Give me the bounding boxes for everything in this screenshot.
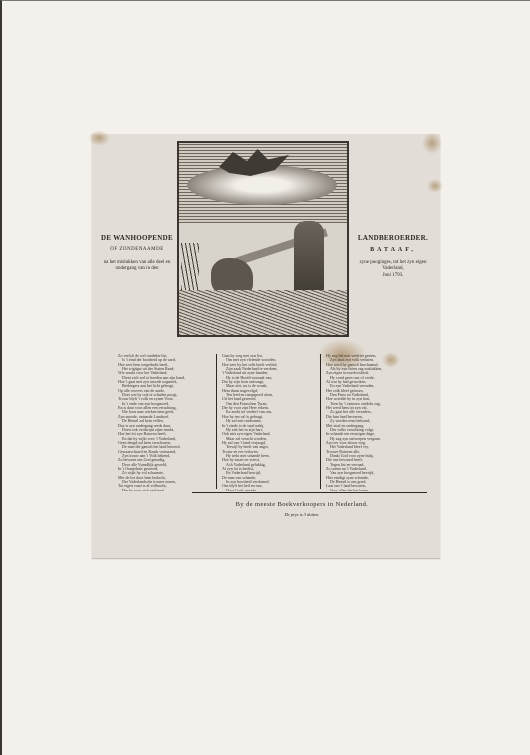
verse-column-2: Gaat hy weg met zyn list,Om met zyn vlei… [222, 354, 314, 491]
verse-column-1: Zo verloft de wel ontdekte list,Is 't ei… [118, 354, 210, 491]
broadside-sheet: DE WANHOOPENDE OF ZONDENAAMDE na het mis… [92, 134, 440, 558]
title-right-spaced: BATAAF, [350, 246, 436, 254]
museum-mount: DE WANHOOPENDE OF ZONDENAAMDE na het mis… [0, 0, 530, 755]
title-left-block: DE WANHOOPENDE OF ZONDENAAMDE na het mis… [98, 234, 176, 272]
column-rule-1 [216, 354, 217, 489]
verse-line: Door Gods genade, [222, 489, 314, 491]
verse-line: Voor allen die het haten, [326, 489, 418, 491]
title-right-main: LANDBEROERDER. [350, 234, 436, 242]
verse-columns: Zo verloft de wel ontdekte list,Is 't ei… [114, 354, 424, 491]
engraving-ground [179, 290, 347, 335]
verse-column-3: Hy zag het met verdriet gezien,Zyn land … [326, 354, 418, 491]
publisher-line: By de meeste Boekverkoopers in Nederland… [202, 501, 402, 508]
verse-line: Die hy voor zich verlangd, [118, 489, 210, 491]
column-rule-2 [320, 354, 321, 489]
title-right-block: LANDBEROERDER. BATAAF, zyne pooginges, t… [350, 234, 436, 279]
title-left-sub: OF ZONDENAAMDE [98, 246, 176, 254]
title-right-date: Juni 1793. [350, 273, 436, 279]
engraving-illustration [177, 141, 349, 337]
title-left-main: DE WANHOOPENDE [98, 234, 176, 242]
price-line: De prys is 3 duiten. [202, 512, 402, 517]
title-left-small: na het mislukken van alle deel en onderg… [98, 260, 176, 272]
stain-top-right [422, 132, 442, 154]
standing-man-figure [294, 221, 324, 296]
footer-rule [192, 492, 427, 493]
stain-upper-right [427, 179, 443, 193]
title-right-small: zyne pooginges, tot het zyn eigen Vaderl… [350, 260, 436, 272]
stain-top-left [88, 130, 110, 146]
